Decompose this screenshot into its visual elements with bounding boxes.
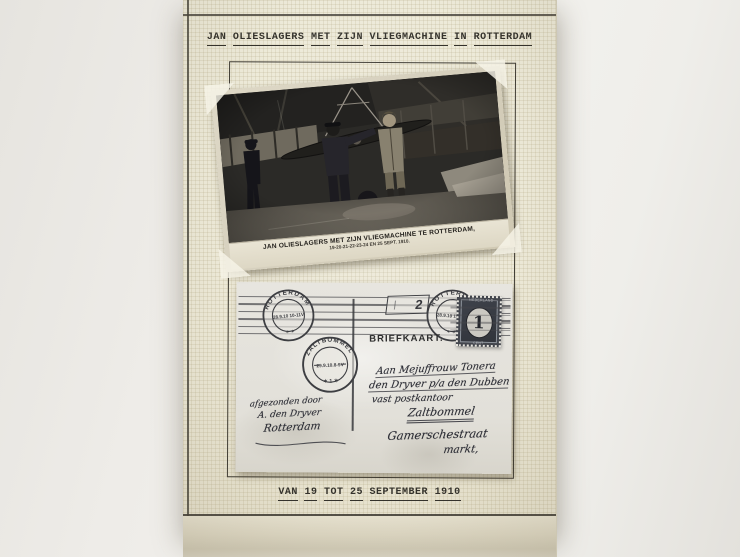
aeroplane-photo-illustration	[216, 71, 508, 243]
postmark-ornaments: ✶ ✶	[285, 329, 295, 336]
postcard-back: ROTTERDAM 28.9.10 10-11V ✶ ✶ 2 ROTTERDAM	[235, 282, 512, 474]
address-line: Gamerschestraat	[387, 426, 489, 443]
page-border-line-left	[187, 0, 189, 557]
page-title: JAN OLIESLAGERS MET ZIJN VLIEGMACHINE IN…	[183, 32, 556, 43]
briefkaart-heading: BRIEFKAART.	[369, 333, 443, 345]
postmark-zaltbommel: ZALTBOMMEL 29.9.10.8-9V ✶ 1 ✶	[299, 333, 362, 396]
page-caption: VAN 19 TOT 25 SEPTEMBER 1910	[183, 487, 556, 498]
sender-line: Rotterdam	[263, 420, 321, 435]
sender-line: A. den Dryver	[257, 408, 322, 421]
photo-postcard: JAN OLIESLAGERS MET ZIJN VLIEGMACHINE TE…	[211, 66, 516, 273]
routing-box-number: 2	[414, 297, 423, 312]
stamp-unit-label: CENT	[469, 341, 488, 345]
address-line: Zaltbommel	[407, 404, 476, 423]
machine-cancel-lines-over-stamp	[450, 300, 510, 337]
postmark-date: 29.9.10.8-9V	[316, 362, 345, 369]
address-line: markt,	[443, 443, 480, 456]
page-bottom-shadow	[183, 516, 556, 557]
page-border-line-top	[183, 14, 556, 16]
signature-flourish	[253, 436, 349, 451]
photo-scene	[216, 71, 508, 243]
routing-box: 2	[385, 295, 430, 315]
routing-box-divider	[394, 301, 397, 310]
photographed-album-page: JAN OLIESLAGERS MET ZIJN VLIEGMACHINE IN…	[0, 0, 740, 557]
album-page: JAN OLIESLAGERS MET ZIJN VLIEGMACHINE IN…	[183, 0, 557, 557]
postmark-office-number: ✶ 1 ✶	[323, 378, 338, 385]
address-line: den Dryver p/a den Dubben	[368, 376, 510, 392]
address-line: Aan Mejuffrouw Tonera	[375, 361, 496, 379]
address-line: vast postkantoor	[371, 392, 453, 405]
